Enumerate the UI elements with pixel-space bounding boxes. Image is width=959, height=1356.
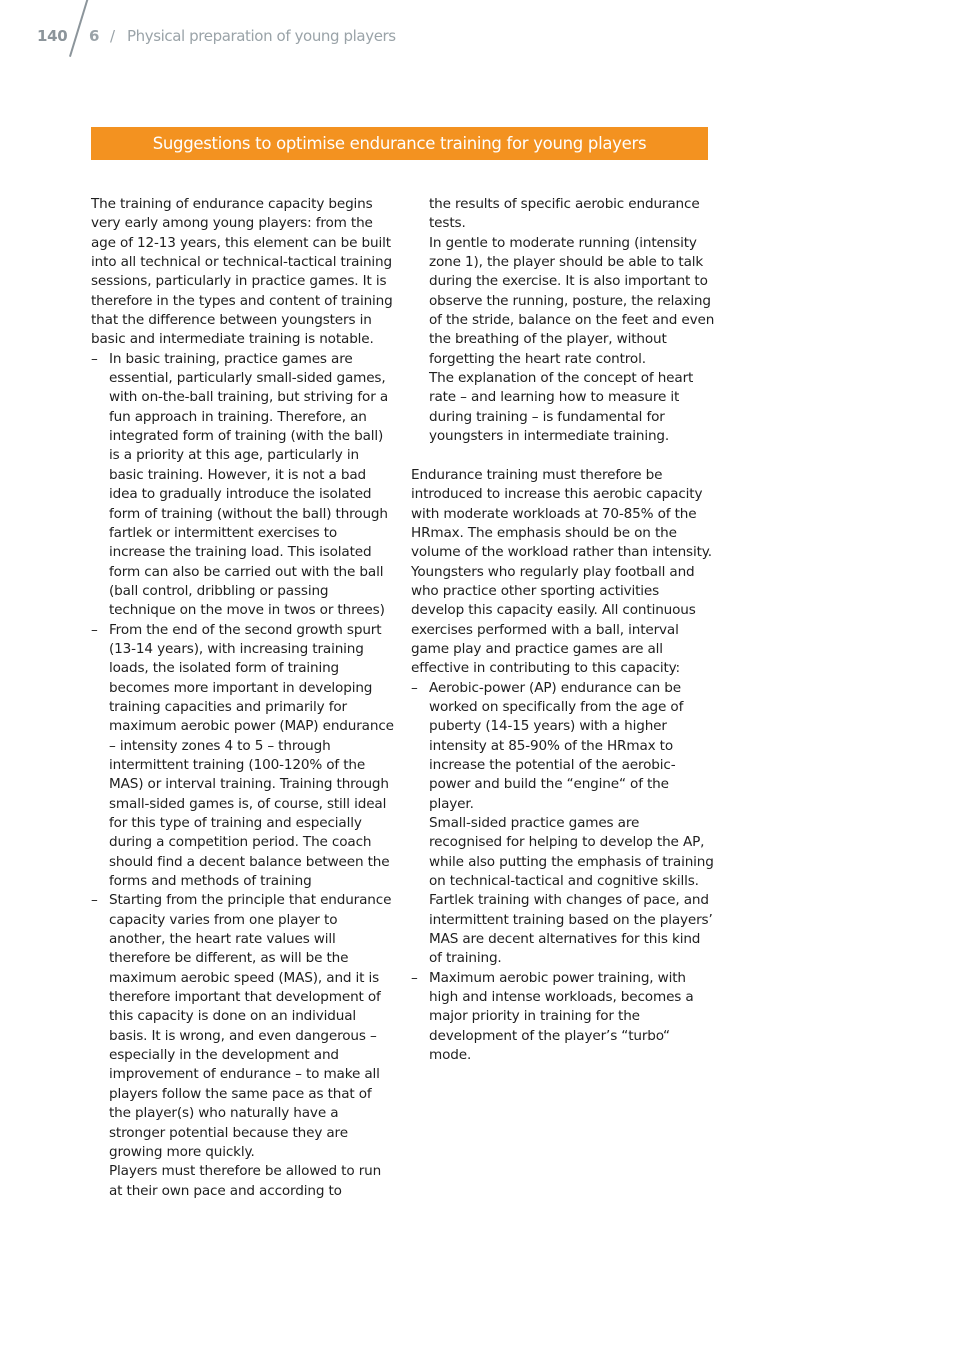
left-column: The training of endurance capacity begin… <box>91 195 396 1201</box>
list-item-text: Starting from the principle that enduran… <box>109 891 396 1162</box>
section-banner: Suggestions to optimise endurance traini… <box>91 127 708 160</box>
body-paragraph: Youngsters who regularly play football a… <box>411 563 716 679</box>
continued-text: The explanation of the concept of heart … <box>411 369 716 446</box>
dash-bullet: – <box>91 350 98 369</box>
list-item: – In basic training, practice games are … <box>91 350 396 621</box>
continued-text: the results of specific aerobic enduranc… <box>411 195 716 234</box>
right-column: the results of specific aerobic enduranc… <box>411 195 716 1065</box>
list-item-subparagraph: Small-sided practice games are recognise… <box>429 814 716 891</box>
list-item-text: Maximum aerobic power training, with hig… <box>429 969 716 1066</box>
list-item: – Maximum aerobic power training, with h… <box>411 969 716 1066</box>
chapter-number: 6 <box>89 27 99 45</box>
dash-bullet: – <box>411 679 418 698</box>
running-header: 140 6 / Physical preparation of young pl… <box>0 0 959 70</box>
header-slash-divider <box>69 0 89 57</box>
list-item-continuation: Players must therefore be allowed to run… <box>109 1162 396 1201</box>
list-item-text: Aerobic-power (AP) endurance can be work… <box>429 679 716 814</box>
list-item: – Starting from the principle that endur… <box>91 891 396 1201</box>
intro-paragraph: The training of endurance capacity begin… <box>91 195 396 350</box>
dash-bullet: – <box>91 621 98 640</box>
list-item: – From the end of the second growth spur… <box>91 621 396 892</box>
paragraph-gap <box>411 446 716 465</box>
list-item-text: In basic training, practice games are es… <box>109 350 396 621</box>
list-item-text: From the end of the second growth spurt … <box>109 621 396 892</box>
page-number: 140 <box>37 27 67 45</box>
dash-bullet: – <box>91 891 98 910</box>
body-paragraph: Endurance training must therefore be int… <box>411 466 716 563</box>
dash-bullet: – <box>411 969 418 988</box>
list-item: – Aerobic-power (AP) endurance can be wo… <box>411 679 716 969</box>
list-item-subparagraph: Fartlek training with changes of pace, a… <box>429 891 716 968</box>
continued-text: In gentle to moderate running (intensity… <box>411 234 716 369</box>
section-title: Suggestions to optimise endurance traini… <box>153 134 647 153</box>
chapter-title: Physical preparation of young players <box>127 27 396 45</box>
chapter-separator: / <box>110 27 115 45</box>
